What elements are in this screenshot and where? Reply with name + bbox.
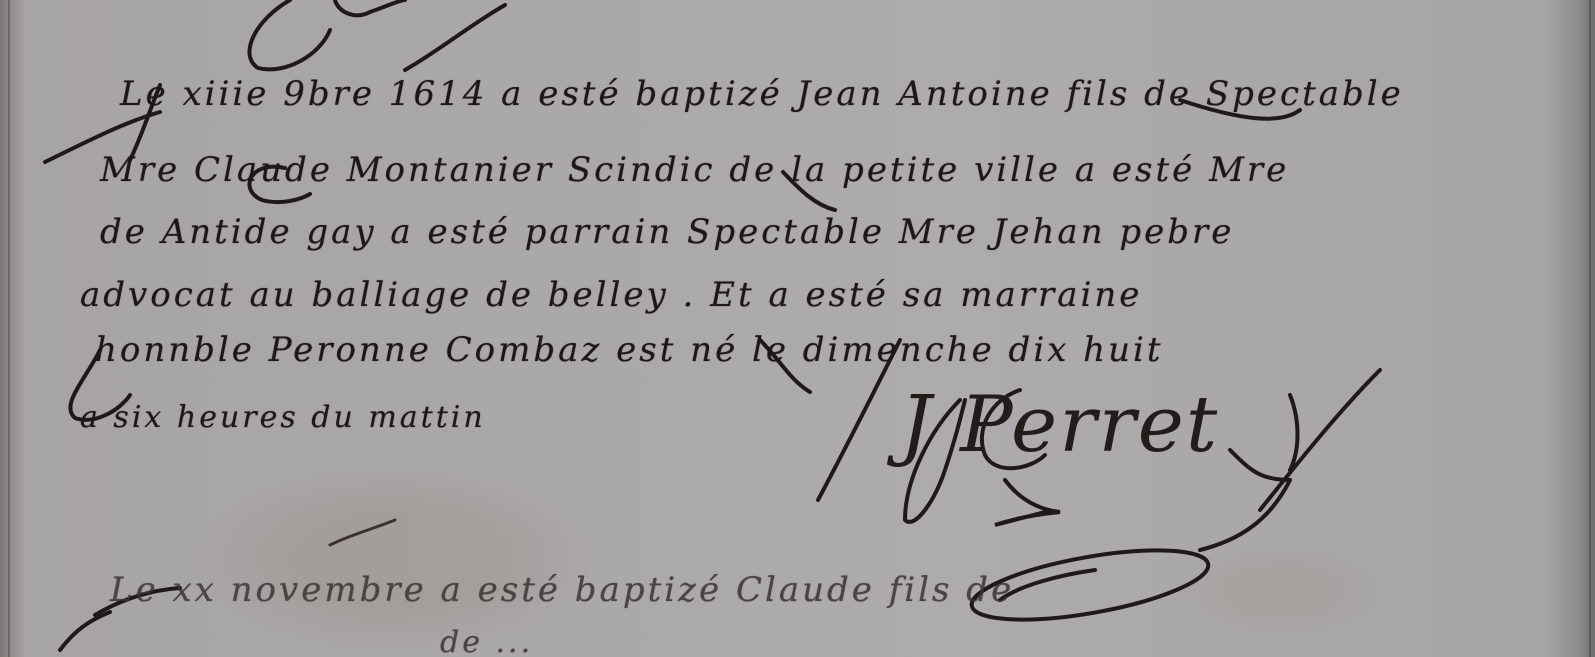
entry-1-line-4: advocat au balliage de belley . Et a est…	[80, 275, 1142, 315]
entry-1-line-1: Le xiiie 9bre 1614 a esté baptizé Jean A…	[120, 74, 1404, 114]
signature: J Perret	[900, 380, 1219, 470]
entry-1-line-6: a six heures du mattin	[80, 400, 486, 435]
left-margin-edge	[8, 0, 10, 657]
entry-1-line-2: Mre Claude Montanier Scindic de la petit…	[100, 150, 1289, 190]
manuscript-page: Le xiiie 9bre 1614 a esté baptizé Jean A…	[0, 0, 1595, 657]
right-page-edge	[1589, 0, 1591, 657]
entry-2-line-1: Le xx novembre a esté baptizé Claude fil…	[110, 570, 1014, 610]
entry-1-line-3: de Antide gay a esté parrain Spectable M…	[100, 212, 1234, 252]
entry-2-line-2: de ...	[440, 625, 533, 657]
entry-1-line-5: honnble Peronne Combaz est né le dimench…	[95, 330, 1164, 370]
